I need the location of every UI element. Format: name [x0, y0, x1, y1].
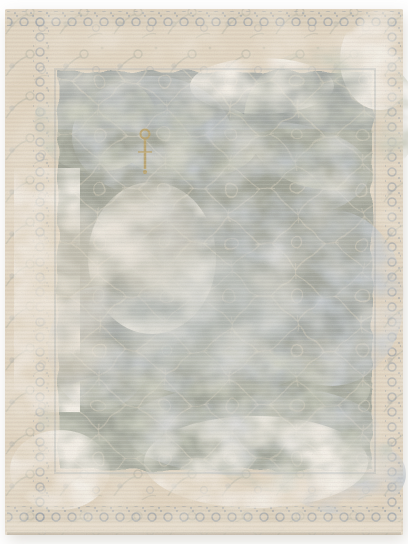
rug-photo [0, 0, 408, 544]
rug-image [0, 0, 408, 544]
haze-veil [5, 9, 403, 535]
